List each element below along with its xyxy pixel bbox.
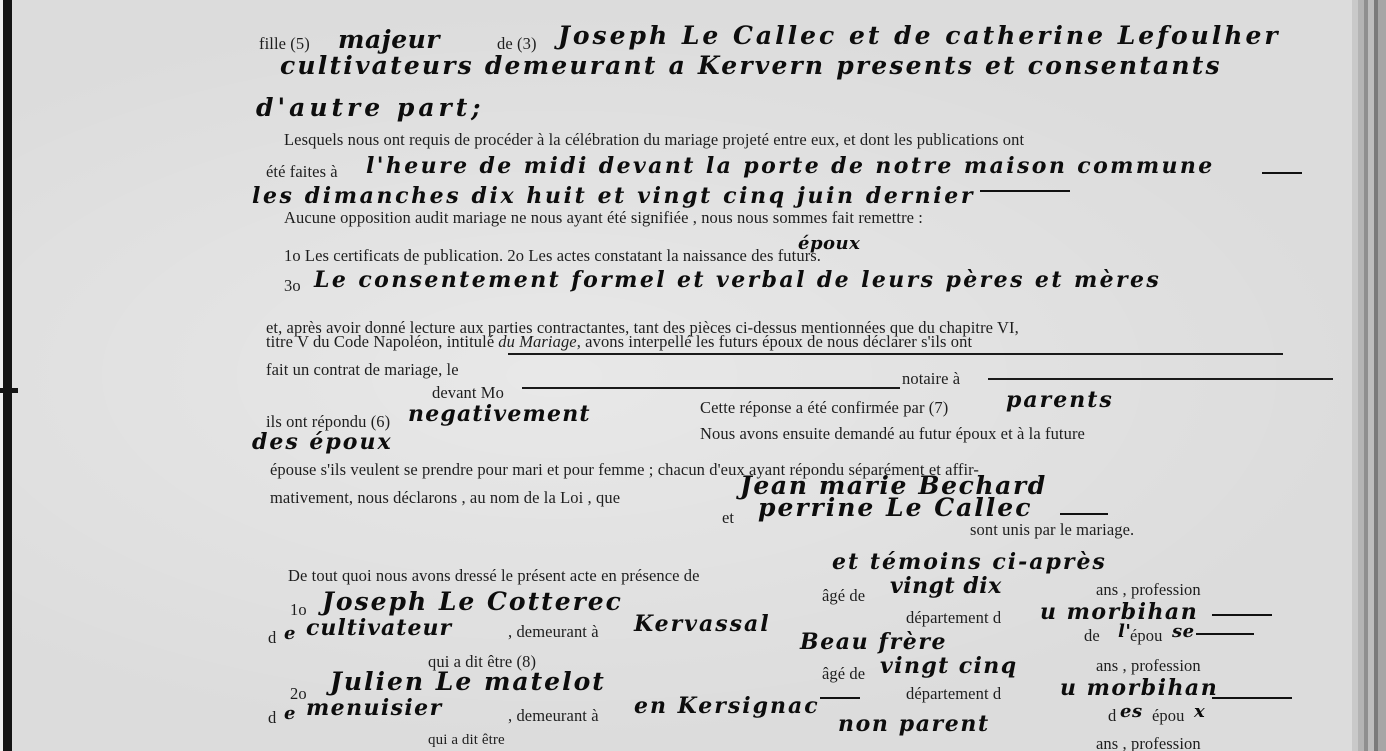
printed-qui-a-dit-2: qui a dit être [428,730,505,750]
printed-devant: devant Mo [432,383,504,403]
printed-age-de-2: âgé de [822,664,865,684]
hw-fille-status: majeur [338,28,440,52]
printed-age-de-1: âgé de [822,586,865,606]
blank-line-notaire-name [522,387,900,389]
line-filler [1262,172,1302,174]
printed-de-tout-quoi: De tout quoi nous avons dressé le présen… [288,566,700,586]
hw-witness1-relation: Beau frère [800,630,947,654]
printed-ans-profession-1: ans , profession [1096,580,1201,600]
hw-confirme-par-7: parents [1006,388,1114,412]
printed-d-epoux-2: d [1108,706,1116,726]
printed-d-2: d [268,708,276,728]
line-filler [1212,614,1272,616]
printed-confirmee: Cette réponse a été confirmée par (7) [700,398,948,418]
printed-demeurant-1: , demeurant à [508,622,599,642]
printed-titre-v-b: , avons interpellé les futurs époux de n… [577,332,972,351]
hw-des-epoux: des époux [252,430,393,454]
line-filler [820,697,860,699]
hw-parents-line2: cultivateurs demeurant a Kervern present… [280,54,1222,78]
page-binding-edge [0,0,12,751]
hw-witness1-residence: Kervassal [634,612,771,636]
hw-witness2-age: vingt cinq [880,654,1017,678]
hw-publication-place: l'heure de midi devant la porte de notre… [366,154,1215,178]
printed-demeurant-2: , demeurant à [508,706,599,726]
printed-unis: sont unis par le mariage. [970,520,1134,540]
printed-ete-faites: été faites à [266,162,338,182]
blank-line-contrat-date [508,353,1283,355]
printed-lesquels: Lesquels nous ont requis de procéder à l… [284,130,1024,150]
printed-ans-profession-2: ans , profession [1096,656,1201,676]
line-filler [1196,633,1254,635]
printed-notaire: notaire à [902,369,960,389]
printed-item3-prefix: 3o [284,276,301,296]
printed-departement-2: département d [906,684,1001,704]
hw-witness2-residence: en Kersignac [634,694,820,718]
printed-d-1: d [268,628,276,648]
hw-witness2-name: Julien Le matelot [330,670,606,694]
hw-witness2-epou-suffix: x [1194,700,1205,724]
printed-witness2-num: 2o [290,684,307,704]
line-filler [1060,513,1108,515]
printed-de-1: de [1084,626,1100,646]
printed-item1: 1o Les certificats de publication. 2o Le… [284,246,821,266]
hw-witness2-relation: non parent [838,712,990,736]
hw-witness2-des: es [1120,700,1143,724]
hw-witness1-epou-suffix: se [1172,620,1195,644]
printed-titre-v-a: titre V du Code Napoléon, intitulé [266,332,494,351]
printed-witness1-num: 1o [290,600,307,620]
hw-reponse-6: negativement [408,402,591,426]
hw-publication-dates: les dimanches dix huit et vingt cinq jui… [252,184,975,208]
printed-ans-profession-3: ans , profession [1096,734,1201,751]
printed-epou-2: épou [1152,706,1184,726]
hw-parents-line3: d'autre part; [256,96,484,120]
hw-witness1-d: e [284,622,296,646]
hw-witness2-d: e [284,702,296,726]
printed-et: et [722,508,734,528]
printed-titre-v-italic: du Mariage [498,332,576,351]
printed-mativement: mativement, nous déclarons , au nom de l… [270,488,620,508]
binding-mark [0,388,18,393]
line-filler [1212,697,1292,699]
hw-bride-name: perrine Le Callec [758,496,1032,520]
line-filler [980,190,1070,192]
register-page: fille (5) majeur de (3) Joseph Le Callec… [0,0,1386,751]
hw-witness1-profession: cultivateur [306,616,452,640]
blank-line-notaire-place [988,378,1333,380]
hw-parents: Joseph Le Callec et de catherine Lefoulh… [558,24,1281,48]
hw-consentement: Le consentement formel et verbal de leur… [314,268,1161,292]
printed-contrat: fait un contrat de mariage, le [266,360,459,380]
hw-temoins-intro: et témoins ci-après [832,550,1107,574]
printed-aucune-opposition: Aucune opposition audit mariage ne nous … [284,208,923,228]
hw-epoux-note: époux [798,232,860,256]
printed-departement-1: département d [906,608,1001,628]
page-gutter-shadow [1352,0,1386,751]
printed-epou-1: épou [1130,626,1162,646]
hw-witness2-profession: menuisier [306,696,443,720]
printed-demande: Nous avons ensuite demandé au futur épou… [700,424,1085,444]
hw-witness2-departement: u morbihan [1060,676,1218,700]
printed-titre-v: titre V du Code Napoléon, intitulé du Ma… [266,332,972,352]
hw-witness1-age: vingt dix [890,574,1002,598]
hw-witness1-name: Joseph Le Cotterec [322,590,623,614]
